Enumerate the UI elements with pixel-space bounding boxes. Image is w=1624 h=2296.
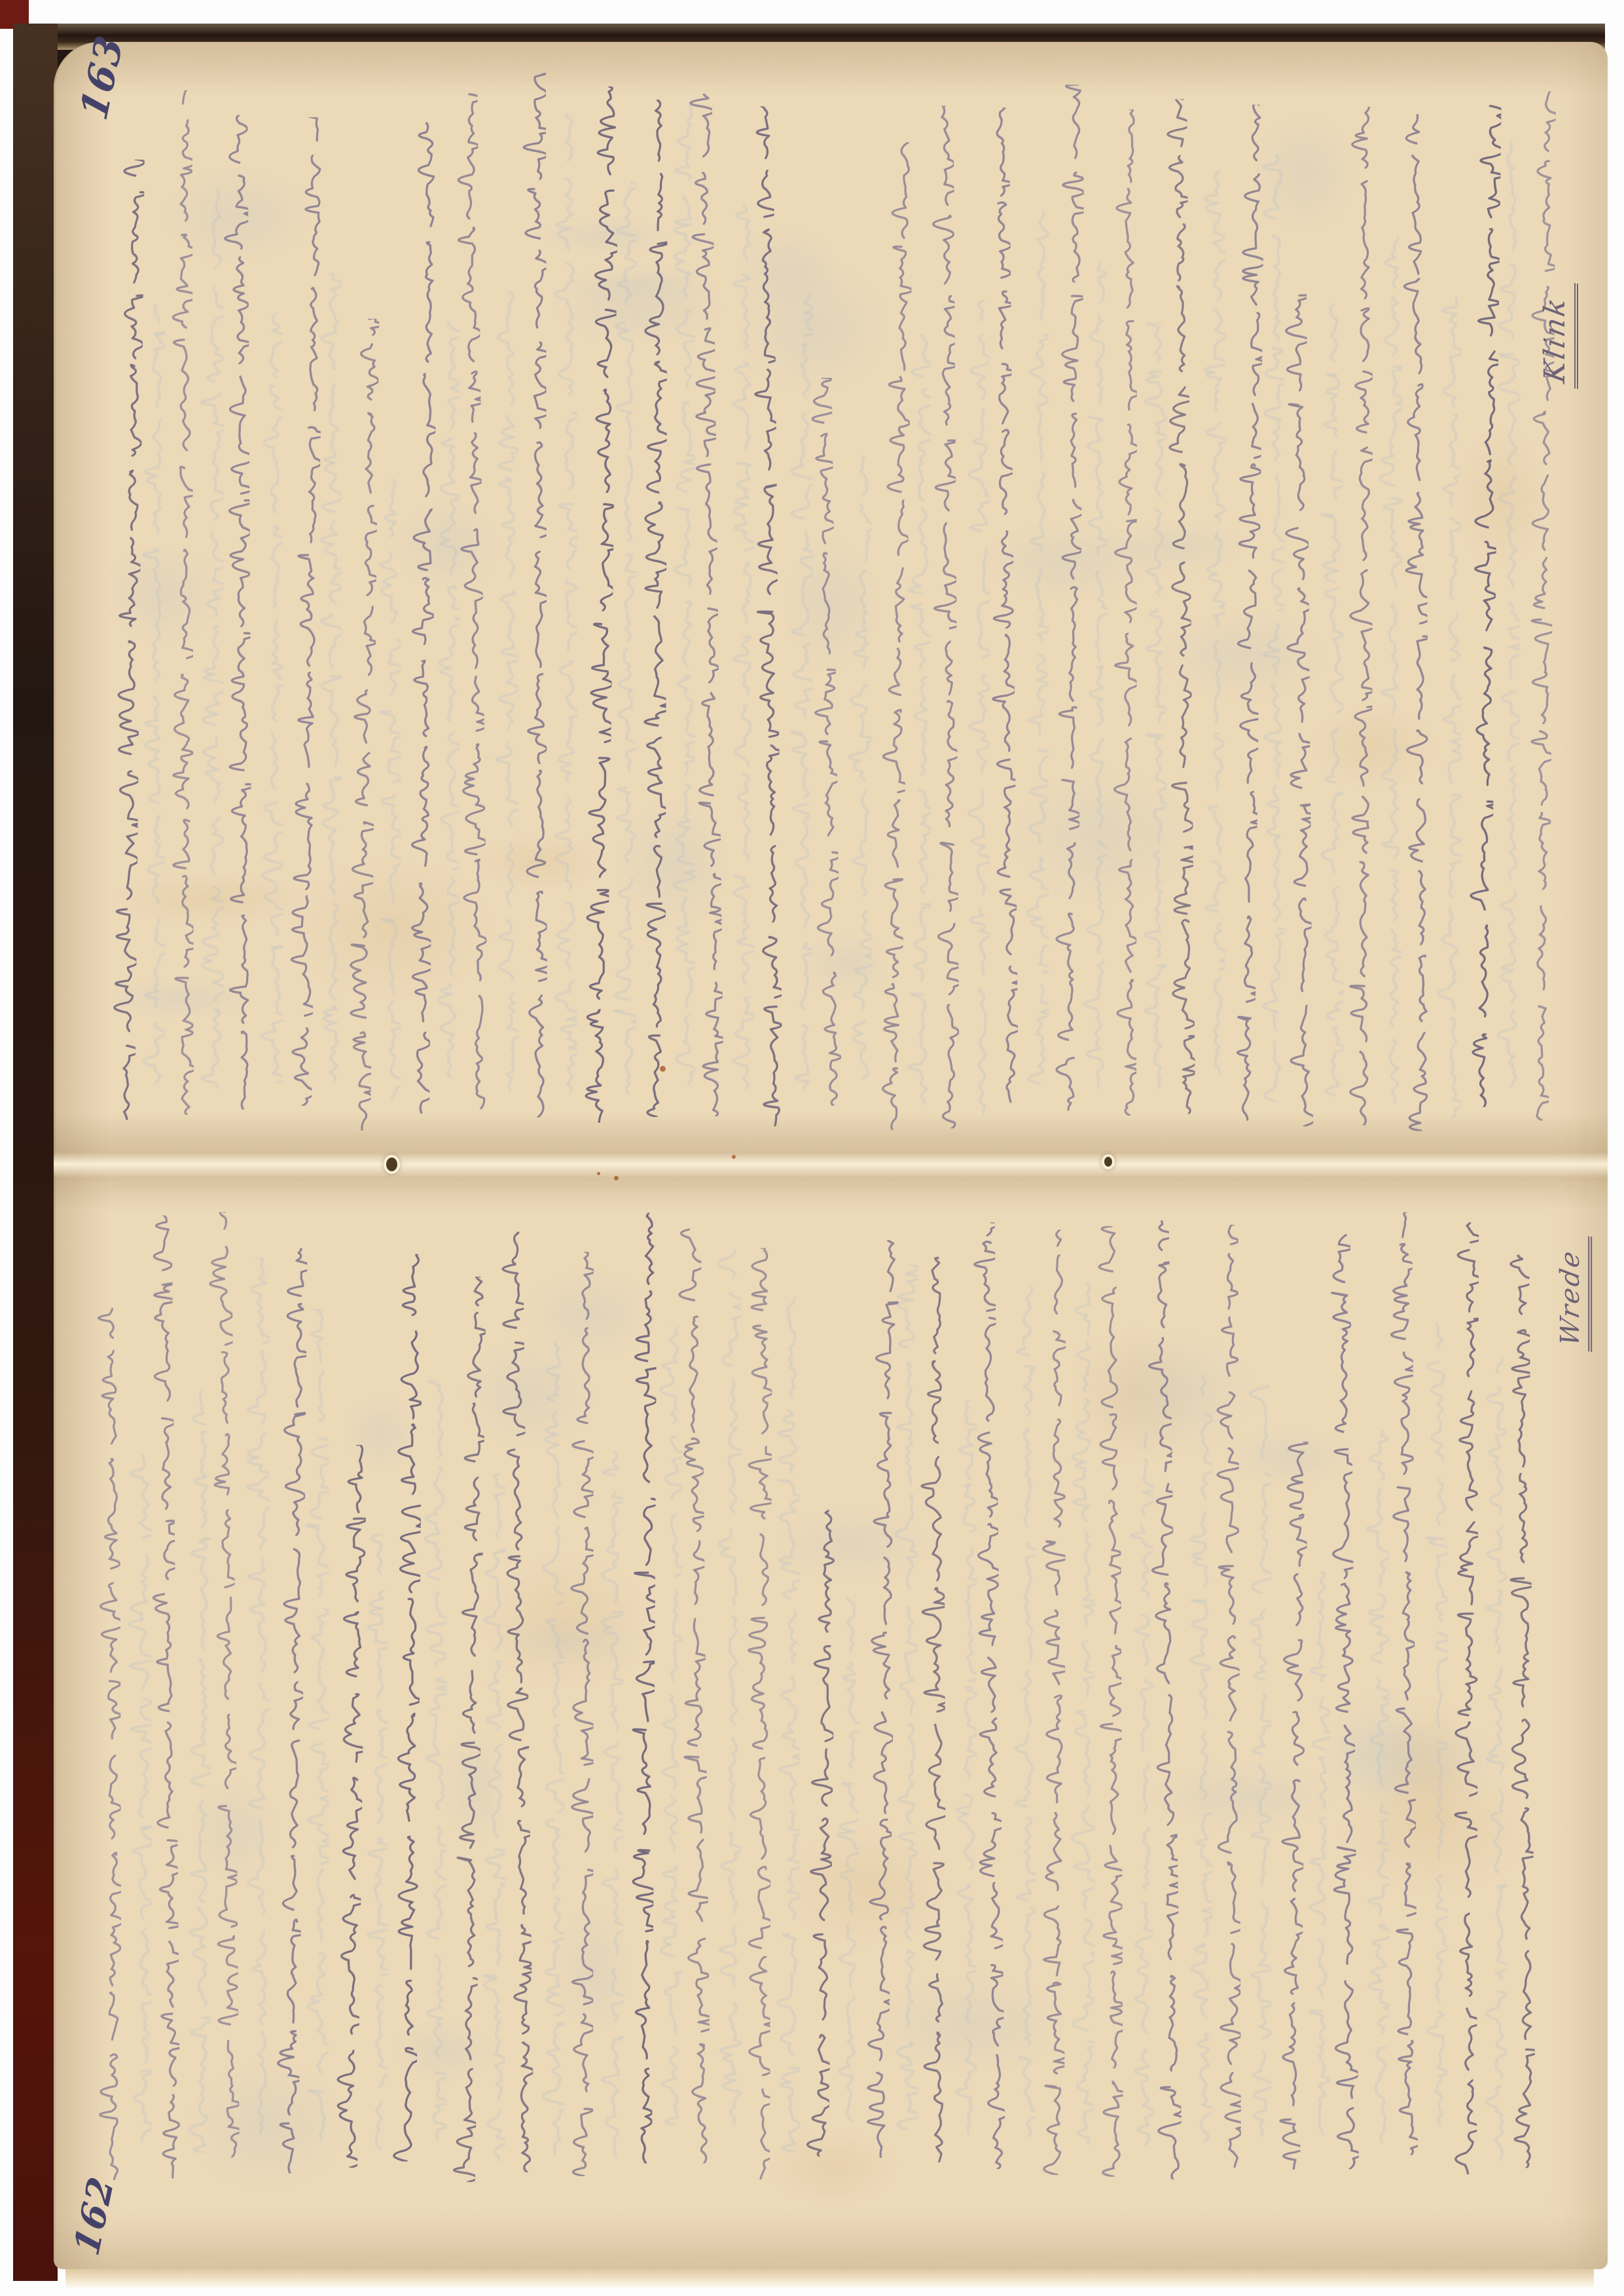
scanned-book-spread: 163 162 Klink Wrede (0, 0, 1624, 2296)
rust-speck (660, 1066, 666, 1072)
rust-speck (732, 1155, 736, 1159)
rust-speck (597, 1172, 600, 1175)
punch-hole (1104, 1157, 1112, 1167)
margin-note-wrede: Wrede (1555, 1230, 1592, 1352)
margin-note-klink: Klink (1538, 277, 1578, 390)
book-cover-left-edge (13, 24, 58, 2281)
page-edge-stack (65, 2269, 1594, 2289)
notebook-paper (54, 42, 1608, 2269)
rust-speck (614, 1176, 619, 1180)
punch-hole (386, 1157, 397, 1171)
